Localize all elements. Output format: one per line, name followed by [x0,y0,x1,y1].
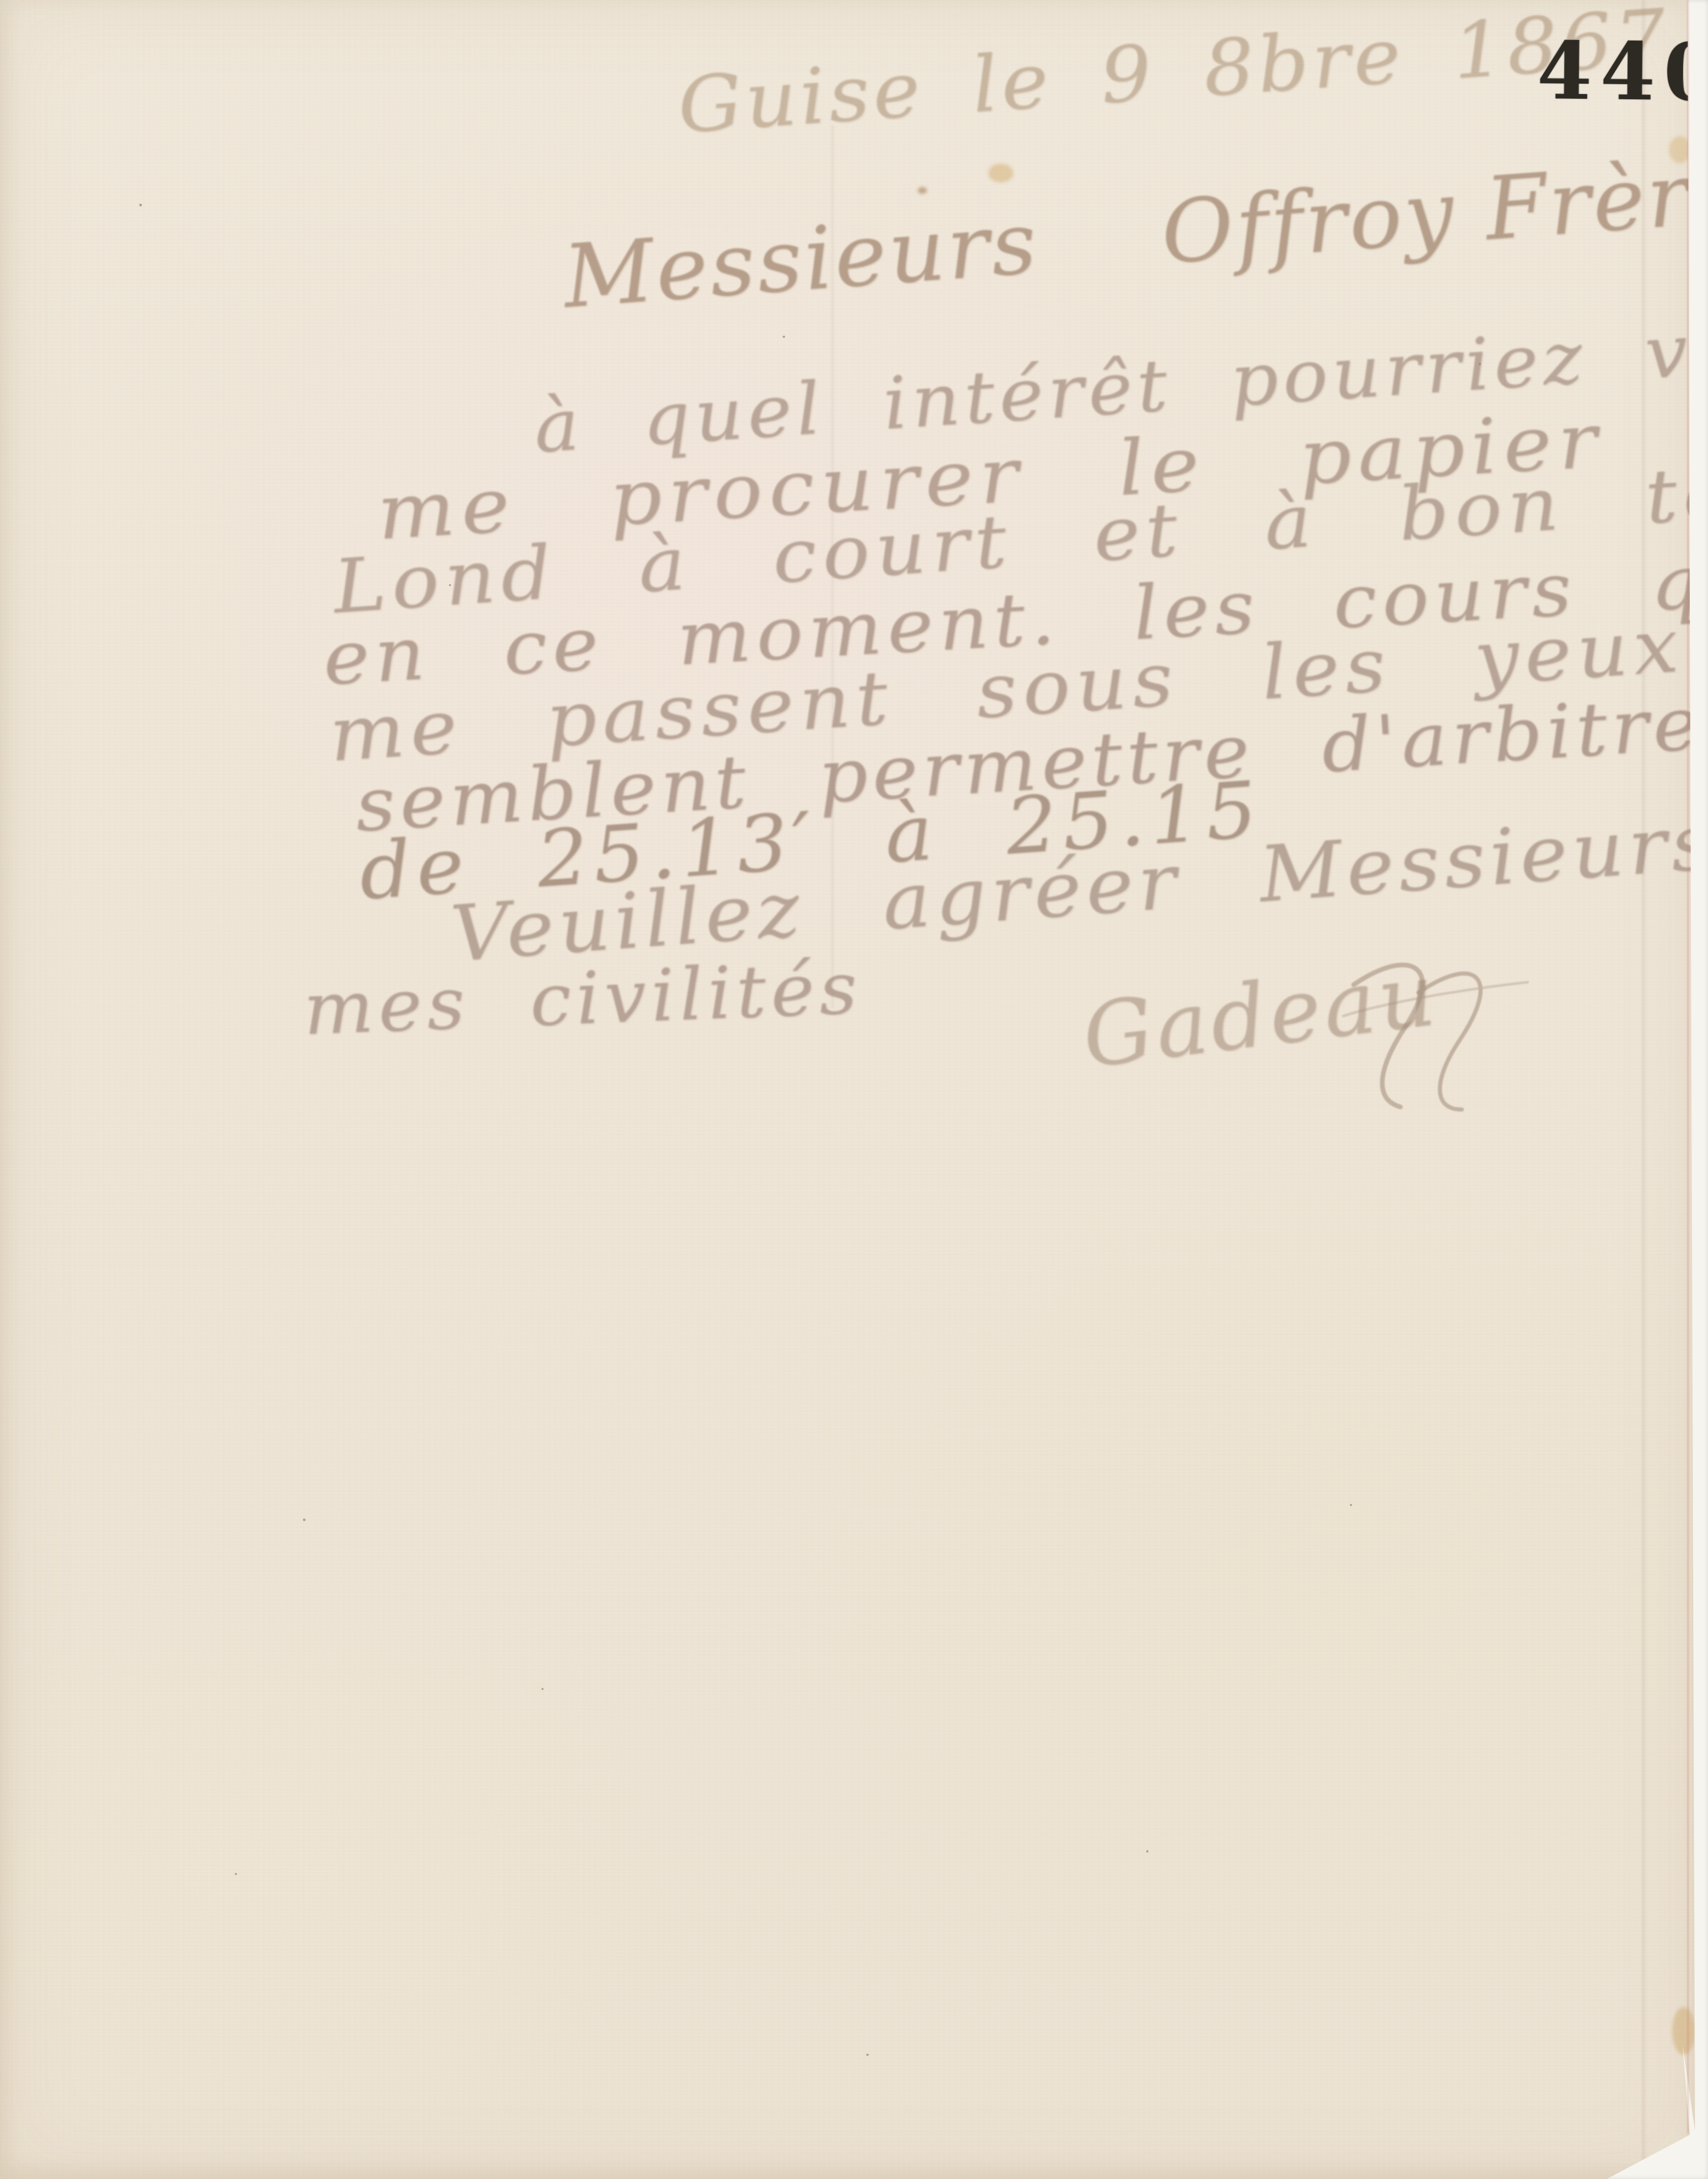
paper-speck [541,1688,544,1690]
letter-page: Guise le 9 8bre 1867 Messieurs Offroy Fr… [0,0,1695,2179]
signature-paraph [1322,954,1541,1125]
paper-speck [1146,1850,1148,1853]
paper-edge [1687,0,1689,2133]
recipient-name: Offroy Frères [1158,138,1708,284]
foxing-stain [1672,2007,1695,2055]
salutation-gap [1070,266,1134,270]
closing-text: mes civilités [302,946,864,1051]
page-number-stamp: 440 [1537,24,1708,119]
salutation-word: Messieurs [560,193,1042,328]
paper-speck [139,204,142,206]
salutation-line: Messieurs Offroy Frères & Sr [560,120,1708,328]
paper-speck [303,1518,306,1521]
paper-speck [783,336,785,338]
paper-speck [1350,1504,1352,1506]
foxing-stain [918,187,927,194]
foxing-stain [988,164,1013,182]
closing-line-2: mes civilités [302,946,864,1051]
date-line: Guise le 9 8bre 1867 [675,0,1672,151]
paper-speck [235,1873,237,1875]
date-line-text: Guise le 9 8bre 1867 [675,0,1672,151]
scanned-letter: Guise le 9 8bre 1867 Messieurs Offroy Fr… [0,0,1708,2179]
page-number-text: 440 [1537,24,1708,119]
paper-speck [866,2054,869,2056]
